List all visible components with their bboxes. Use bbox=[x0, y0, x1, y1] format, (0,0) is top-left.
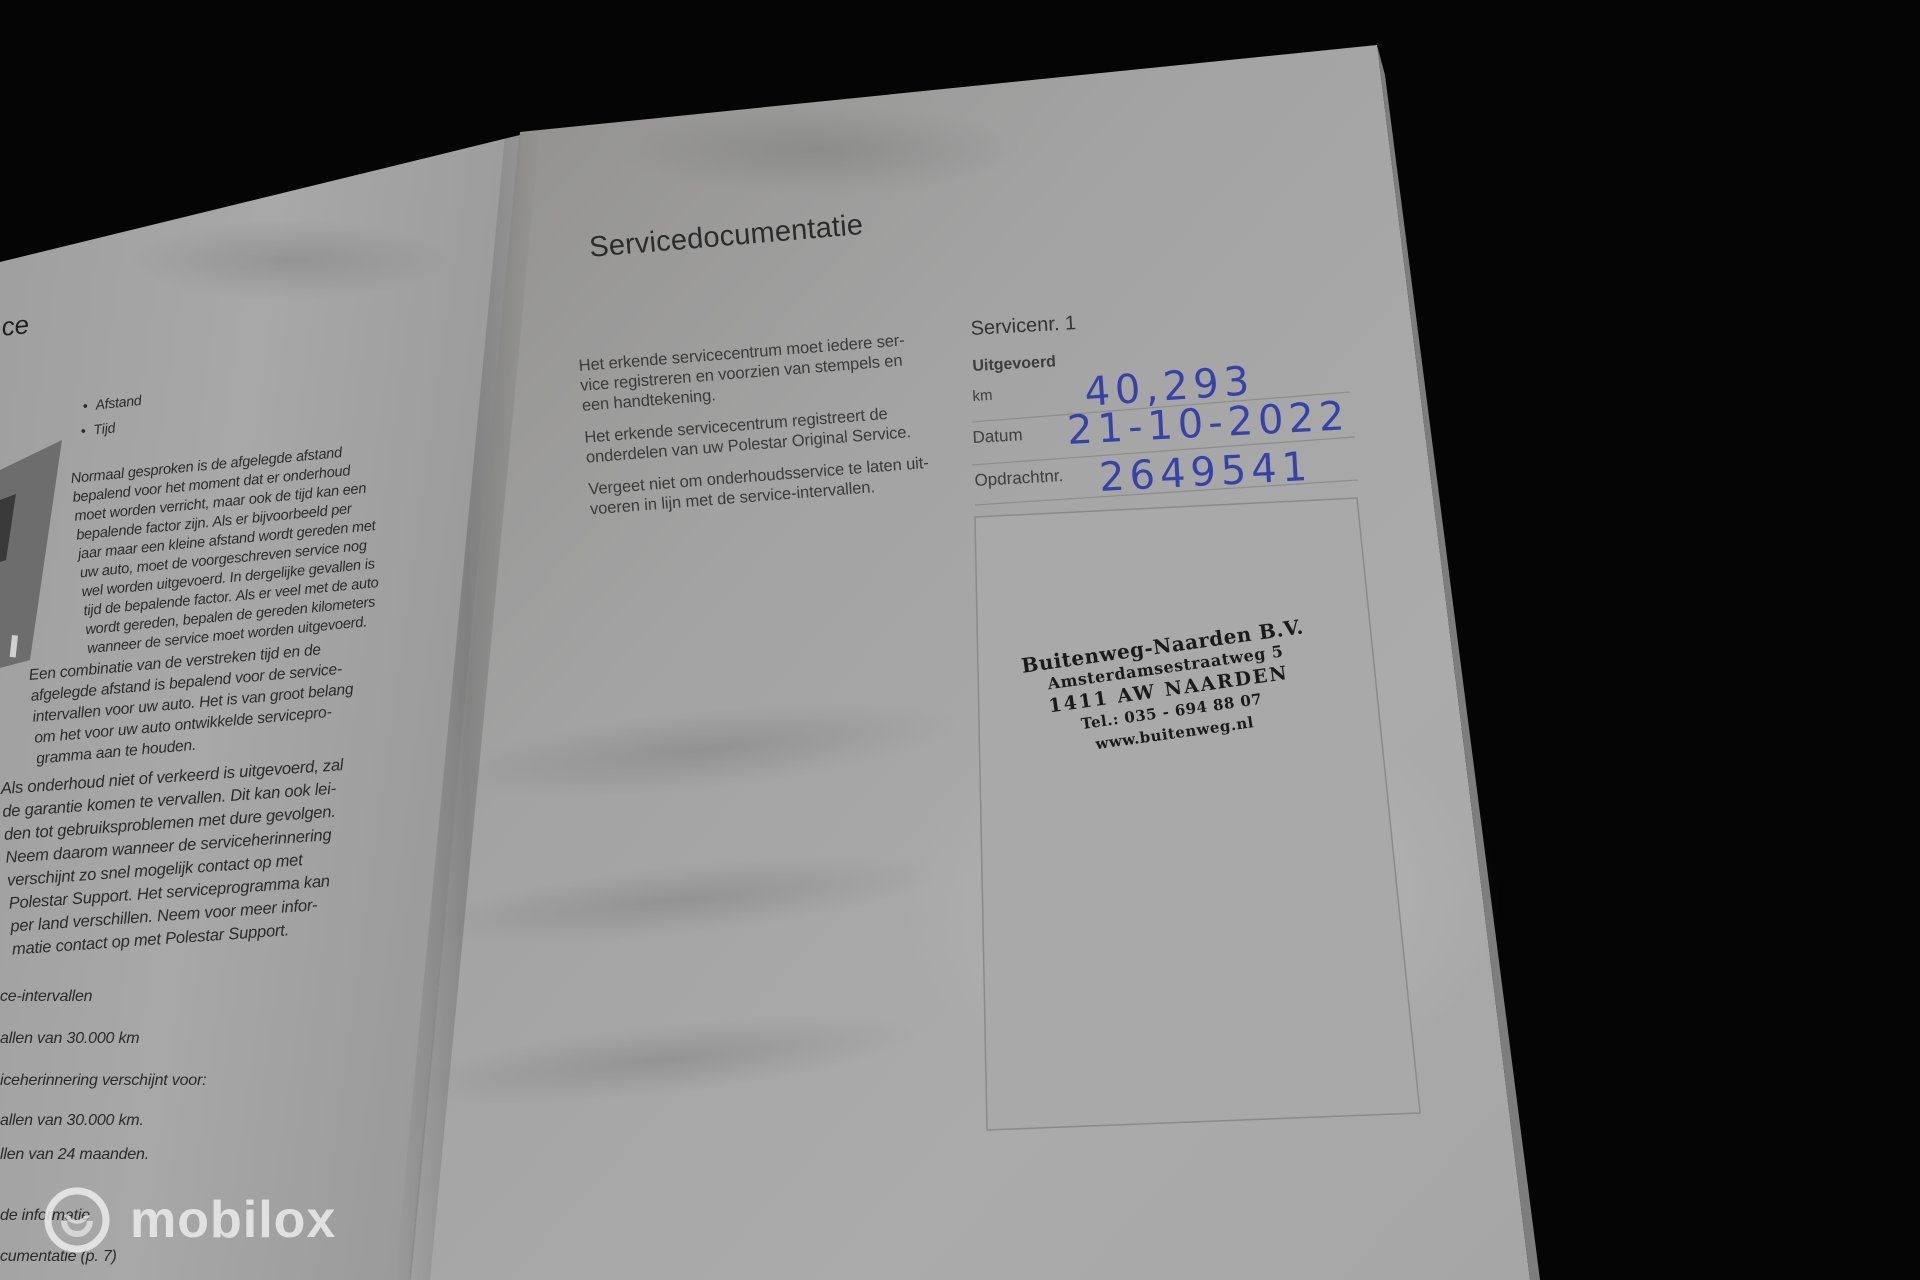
interval-item: allen van 30.000 km. bbox=[0, 1112, 206, 1146]
interval-item: allen van 30.000 km bbox=[0, 1030, 206, 1072]
photo-scene: ce Afstand Tijd Normaal gesproken is de … bbox=[0, 0, 1920, 1280]
right-paragraphs: Het erkende servicecentrum moet iedere s… bbox=[578, 329, 932, 531]
km-label: km bbox=[972, 387, 993, 405]
left-paragraph-3: Als onderhoud niet of verkeerd is uitgev… bbox=[0, 754, 355, 962]
interval-list: allen van 30.000 kmiceherinnering versch… bbox=[0, 1030, 206, 1180]
left-page-heading: ce bbox=[0, 309, 31, 343]
watermark: mobilox bbox=[42, 1185, 336, 1255]
interval-item: iceherinnering verschijnt voor: bbox=[0, 1072, 206, 1112]
watermark-text: mobilox bbox=[130, 1190, 336, 1250]
interval-item: llen van 24 maanden. bbox=[0, 1146, 206, 1180]
date-label: Datum bbox=[972, 425, 1023, 448]
left-paragraph-1: Normaal gesproken is de afgelegde afstan… bbox=[70, 441, 386, 659]
stamp-box bbox=[975, 498, 1420, 1130]
intervals-heading: ce-intervallen bbox=[0, 988, 92, 1006]
book-pages bbox=[0, 0, 1920, 1280]
mobilox-logo-icon bbox=[42, 1185, 112, 1255]
